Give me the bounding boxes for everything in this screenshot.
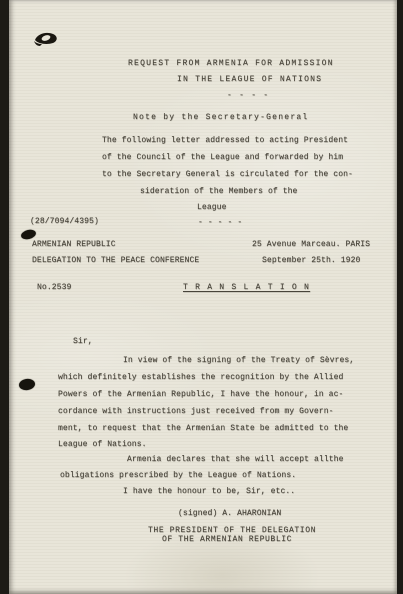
title-separator: - - - - bbox=[227, 91, 269, 100]
letter-body-line: cordance with instructions just received… bbox=[58, 407, 334, 416]
letterhead-date: September 25th. 1920 bbox=[262, 256, 360, 265]
signature-title-1: THE PRESIDENT OF THE DELEGATION bbox=[148, 526, 316, 535]
note-paragraph-line: League bbox=[197, 203, 227, 212]
ink-swoosh-mark bbox=[33, 30, 60, 47]
letter-body-line: In view of the signing of the Treaty of … bbox=[123, 356, 354, 365]
letter-body-line: which definitely establishes the recogni… bbox=[58, 373, 343, 382]
letter-body-line: League of Nations. bbox=[58, 440, 147, 449]
doc-title-line-2: IN THE LEAGUE OF NATIONS bbox=[177, 75, 322, 84]
note-paragraph-line: to the Secretary General is circulated f… bbox=[102, 170, 353, 179]
letterhead-org-name: ARMENIAN REPUBLIC bbox=[32, 240, 116, 249]
note-paragraph-line: of the Council of the League and forward… bbox=[102, 153, 343, 162]
letter-page bbox=[9, 0, 397, 594]
translation-heading: T R A N S L A T I O N bbox=[183, 283, 310, 292]
signature-signed: (signed) A. AHARONIAN bbox=[178, 509, 281, 518]
letter-body-line: Armenia declares that she will accept al… bbox=[127, 455, 344, 464]
letter-body-line: Powers of the Armenian Republic, I have … bbox=[58, 390, 343, 399]
signature-title-2: OF THE ARMENIAN REPUBLIC bbox=[162, 535, 292, 544]
document-scan: REQUEST FROM ARMENIA FOR ADMISSION IN TH… bbox=[0, 0, 403, 594]
letterhead-address: 25 Avenue Marceau. PARIS bbox=[252, 240, 370, 249]
reference-number: (28/7094/4395) bbox=[30, 217, 99, 226]
letter-body-line: obligations prescribed by the League of … bbox=[60, 471, 296, 480]
letter-body-line: ment, to request that the Armenian State… bbox=[58, 424, 348, 433]
note-paragraph-line: The following letter addressed to acting… bbox=[102, 136, 348, 145]
doc-title-line-1: REQUEST FROM ARMENIA FOR ADMISSION bbox=[128, 59, 334, 68]
letter-body-line: I have the honour to be, Sir, etc.. bbox=[123, 487, 295, 496]
note-paragraph-line: sideration of the Members of the bbox=[140, 187, 297, 196]
note-separator: - - - - - bbox=[198, 218, 242, 227]
doc-number: No.2539 bbox=[37, 283, 71, 292]
note-heading: Note by the Secretary-General bbox=[133, 113, 308, 122]
letterhead-org-dept: DELEGATION TO THE PEACE CONFERENCE bbox=[32, 256, 199, 265]
salutation: Sir, bbox=[73, 337, 93, 346]
